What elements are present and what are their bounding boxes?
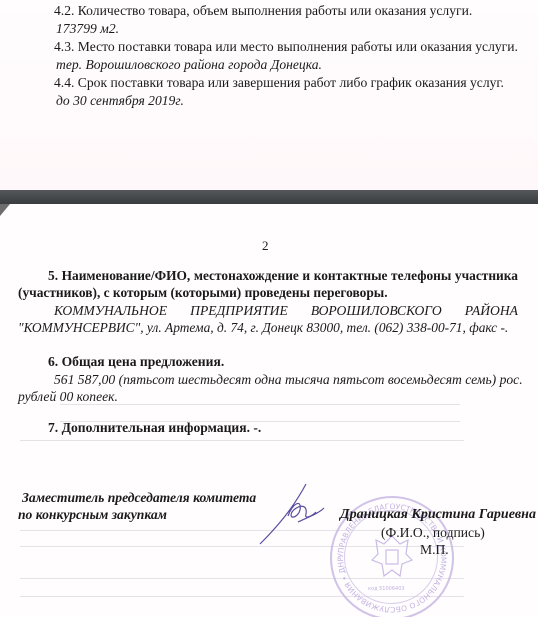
signer-position-line2: по конкурсным закупкам (18, 507, 167, 523)
document-page-2: ________________________________________… (0, 204, 538, 617)
page-corner-fold (0, 204, 10, 216)
item-4-3-label: 4.3. Место поставки товара или место вып… (54, 39, 518, 55)
page-separator (0, 190, 538, 204)
section-6-heading: 6. Общая цена предложения. (48, 354, 224, 370)
item-4-4-value: до 30 сентября 2019г. (56, 93, 184, 109)
signer-position-line1: Заместитель председателя комитета (22, 490, 256, 506)
item-4-4-label: 4.4. Срок поставки товара или завершения… (54, 75, 504, 91)
svg-text:код 51006403: код 51006403 (368, 586, 405, 592)
bleed-through-text: ________________________________________… (60, 392, 460, 407)
item-4-2-label: 4.2. Количество товара, объем выполнения… (54, 3, 472, 19)
section-5-heading-line2: (участников), с которым (которыми) прове… (18, 285, 388, 301)
signer-name: Драницкая Кристина Гариевна (340, 507, 536, 523)
section-6-value-line1: 561 587,00 (пятьсот шестьдесят одна тыся… (54, 372, 518, 388)
seal-label: М.П. (420, 542, 449, 558)
page-number: 2 (262, 238, 269, 254)
section-5-value-line2: "КОММУНСЕРВИС", ул. Артема, д. 74, г. До… (18, 320, 508, 336)
company-word-3: ВОРОШИЛОВСКОГО (311, 303, 442, 319)
company-word-1: КОММУНАЛЬНОЕ (54, 303, 167, 319)
signature-caption: (Ф.И.О., подпись) (381, 525, 485, 541)
company-word-4: РАЙОНА (465, 303, 518, 319)
section-5-value-line1: КОММУНАЛЬНОЕ ПРЕДПРИЯТИЕ ВОРОШИЛОВСКОГО … (54, 303, 518, 319)
section-6-value-line2: рублей 00 копеек. (18, 389, 118, 405)
section-5-heading-line1: 5. Наименование/ФИО, местонахождение и к… (48, 268, 518, 284)
section-7-heading: 7. Дополнительная информация. -. (48, 420, 261, 436)
company-word-2: ПРЕДПРИЯТИЕ (190, 303, 288, 319)
item-4-3-value: тер. Ворошиловского района города Донецк… (56, 57, 322, 73)
item-4-2-value: 173799 м2. (56, 21, 119, 37)
document-page-1: 4.2. Количество товара, объем выполнения… (0, 0, 538, 190)
section-5-heading-text: 5. Наименование/ФИО, местонахождение и к… (48, 268, 518, 284)
handwritten-signature (258, 478, 338, 548)
section-6-value-line1-wrap: 561 587,00 (пятьсот шестьдесят одна тыся… (54, 372, 518, 388)
